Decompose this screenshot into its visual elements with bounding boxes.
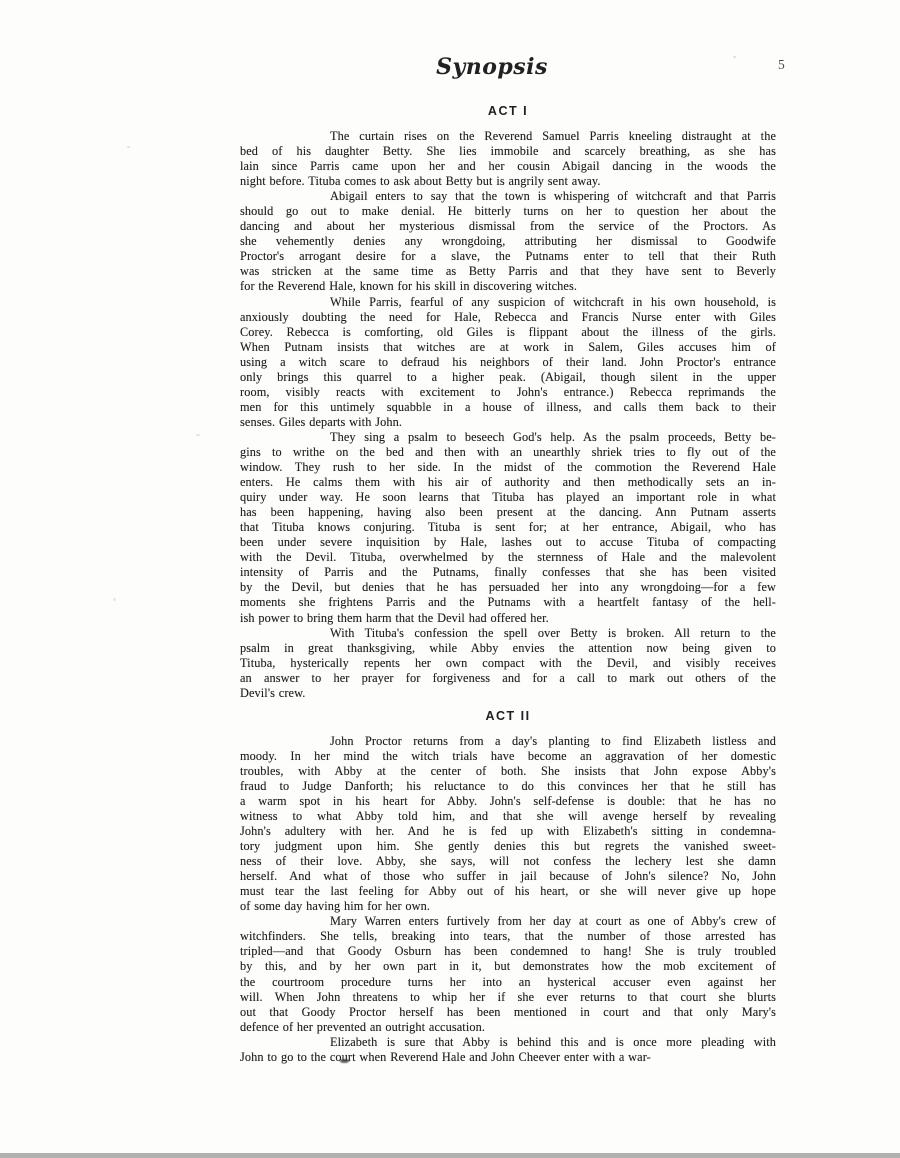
text-line: men for this untimely squabble in a hous… xyxy=(240,400,776,415)
text-line: window. They rush to her side. In the mi… xyxy=(240,460,776,475)
text-line: a warm spot in his heart for Abby. John'… xyxy=(240,794,776,809)
text-line: ish power to bring them harm that the De… xyxy=(240,611,776,626)
text-line: While Parris, fearful of any suspicion o… xyxy=(240,295,776,310)
text-line: Devil's crew. xyxy=(240,686,776,701)
text-line: quiry under way. He soon learns that Tit… xyxy=(240,490,776,505)
text-line: room, visibly reacts with excitement to … xyxy=(240,385,776,400)
text-line: has been happening, having also been pre… xyxy=(240,505,776,520)
page-number: 5 xyxy=(778,57,785,73)
text-line: of some day having him for her own. xyxy=(240,899,776,914)
act-heading: ACT I xyxy=(240,104,776,119)
text-line: fraud to Judge Danforth; his reluctance … xyxy=(240,779,776,794)
scanned-page: 5 Synopsis ACT IThe curtain rises on the… xyxy=(0,0,900,1158)
text-line: defence of her prevented an outright acc… xyxy=(240,1020,776,1035)
text-line: troubles, with Abby at the center of bot… xyxy=(240,764,776,779)
text-line: an answer to her prayer for forgiveness … xyxy=(240,671,776,686)
text-line: bed of his daughter Betty. She lies immo… xyxy=(240,144,776,159)
text-line: by this, and by her own part in it, but … xyxy=(240,959,776,974)
paragraph: Mary Warren enters furtively from her da… xyxy=(240,914,776,1034)
act-heading: ACT II xyxy=(240,709,776,724)
text-line: she vehemently denies any wrongdoing, at… xyxy=(240,234,776,249)
text-line: by the Devil, but denies that he has per… xyxy=(240,580,776,595)
text-line: gins to writhe on the bed and then with … xyxy=(240,445,776,460)
text-line: intensity of Parris and the Putnams, fin… xyxy=(240,565,776,580)
text-line: tripled—and that Goody Osburn has been c… xyxy=(240,944,776,959)
text-line: Tituba, hysterically repents her own com… xyxy=(240,656,776,671)
paragraph: Abigail enters to say that the town is w… xyxy=(240,189,776,294)
text-line: must tear the last feeling for Abby out … xyxy=(240,884,776,899)
text-line: Abigail enters to say that the town is w… xyxy=(240,189,776,204)
text-line: ness of their love. Abby, she says, will… xyxy=(240,854,776,869)
text-line: for the Reverend Hale, known for his ski… xyxy=(240,279,776,294)
synopsis-content: ACT IThe curtain rises on the Reverend S… xyxy=(240,96,776,1065)
text-line: moody. In her mind the witch trials have… xyxy=(240,749,776,764)
text-line: should go out to make denial. He bitterl… xyxy=(240,204,776,219)
paragraph: The curtain rises on the Reverend Samuel… xyxy=(240,129,776,189)
text-line: When Putnam insists that witches are at … xyxy=(240,340,776,355)
text-line: was stricken at the same time as Betty P… xyxy=(240,264,776,279)
text-line: psalm in great thanksgiving, while Abby … xyxy=(240,641,776,656)
text-line: They sing a psalm to beseech God's help.… xyxy=(240,430,776,445)
text-line: dancing and about her mysterious dismiss… xyxy=(240,219,776,234)
text-line: using a witch scare to defraud his neigh… xyxy=(240,355,776,370)
text-line: Proctor's arrogant desire for a slave, t… xyxy=(240,249,776,264)
text-line: The curtain rises on the Reverend Samuel… xyxy=(240,129,776,144)
text-line: senses. Giles departs with John. xyxy=(240,415,776,430)
text-line: out that Goody Proctor herself has been … xyxy=(240,1005,776,1020)
paragraph: John Proctor returns from a day's planti… xyxy=(240,734,776,915)
paragraph: Elizabeth is sure that Abby is behind th… xyxy=(240,1035,776,1065)
text-line: only brings this quarrel to a higher pea… xyxy=(240,370,776,385)
text-line: anxiously doubting the need for Hale, Re… xyxy=(240,310,776,325)
text-line: tory judgment upon him. She gently denie… xyxy=(240,839,776,854)
text-line: Mary Warren enters furtively from her da… xyxy=(240,914,776,929)
text-line: Elizabeth is sure that Abby is behind th… xyxy=(240,1035,776,1050)
paragraph: With Tituba's confession the spell over … xyxy=(240,626,776,701)
text-line: John Proctor returns from a day's planti… xyxy=(240,734,776,749)
text-line: John to go to the court when Reverend Ha… xyxy=(240,1050,776,1065)
text-line: Corey. Rebecca is comforting, old Giles … xyxy=(240,325,776,340)
scan-smudge xyxy=(340,1059,349,1063)
text-line: moments she frightens Parris and the Put… xyxy=(240,595,776,610)
scan-speck xyxy=(127,146,130,148)
text-line: enters. He calms them with his air of au… xyxy=(240,475,776,490)
text-line: John's adultery with her. And he is fed … xyxy=(240,824,776,839)
text-line: With Tituba's confession the spell over … xyxy=(240,626,776,641)
page-title: Synopsis xyxy=(223,54,761,80)
text-line: the courtroom procedure turns her into a… xyxy=(240,975,776,990)
scan-speck xyxy=(196,434,200,436)
text-line: lain since Parris came upon her and her … xyxy=(240,159,776,174)
paragraph: While Parris, fearful of any suspicion o… xyxy=(240,295,776,430)
text-line: been under severe inquisition by Hale, l… xyxy=(240,535,776,550)
text-line: that Tituba knows conjuring. Tituba is s… xyxy=(240,520,776,535)
text-line: witchfinders. She tells, breaking into t… xyxy=(240,929,776,944)
text-line: herself. And what of those who suffer in… xyxy=(240,869,776,884)
text-line: night before. Tituba comes to ask about … xyxy=(240,174,776,189)
paragraph: They sing a psalm to beseech God's help.… xyxy=(240,430,776,626)
scan-speck xyxy=(113,598,116,601)
text-line: will. When John threatens to whip her if… xyxy=(240,990,776,1005)
text-line: witness to what Abby told him, and that … xyxy=(240,809,776,824)
text-line: with the Devil. Tituba, overwhelmed by t… xyxy=(240,550,776,565)
scan-edge-shadow xyxy=(0,1153,900,1158)
